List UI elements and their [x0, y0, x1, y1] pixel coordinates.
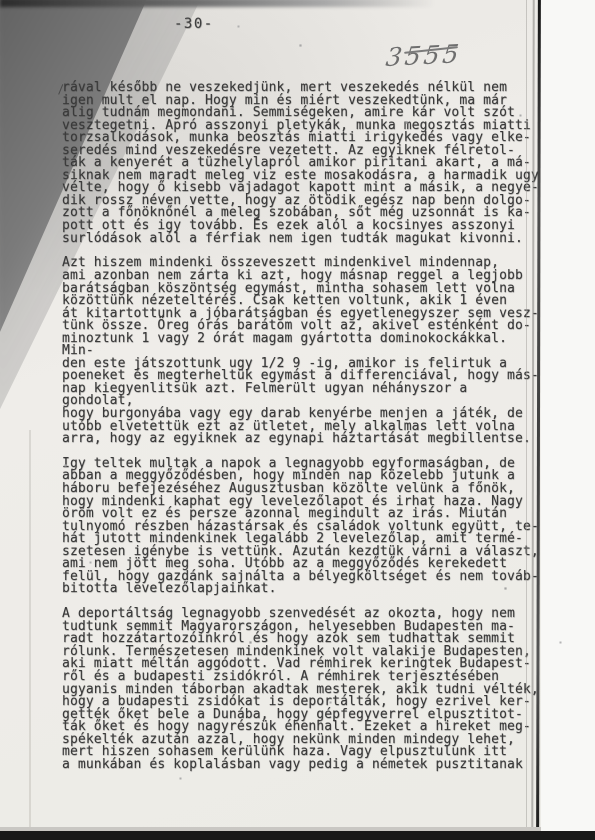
page-edge-line-faint-1 — [526, 0, 527, 828]
page-number: -30- — [174, 16, 214, 32]
paragraph-1: rával később ne veszekedjünk, mert vesze… — [62, 82, 544, 245]
dust-speckles — [0, 0, 1, 1]
scan-bottom-bar — [0, 831, 595, 840]
paper-fold-line — [29, 430, 31, 828]
scan-margin-right — [541, 0, 595, 831]
top-edge-shadow — [0, 0, 435, 7]
paragraph-3: Igy teltek multak a napok a legnagyobb e… — [62, 458, 544, 596]
handwritten-number: 3555 — [384, 39, 463, 72]
paragraph-4: A deportáltság legnagyobb szenvedését az… — [62, 608, 544, 771]
scanned-document-page: -30- 3555 rával később ne veszekedjünk, … — [0, 0, 595, 840]
typewritten-text: rával később ne veszekedjünk, mert vesze… — [62, 82, 544, 784]
paragraph-2: Azt hiszem mindenki összeveszett mindenk… — [62, 257, 544, 445]
